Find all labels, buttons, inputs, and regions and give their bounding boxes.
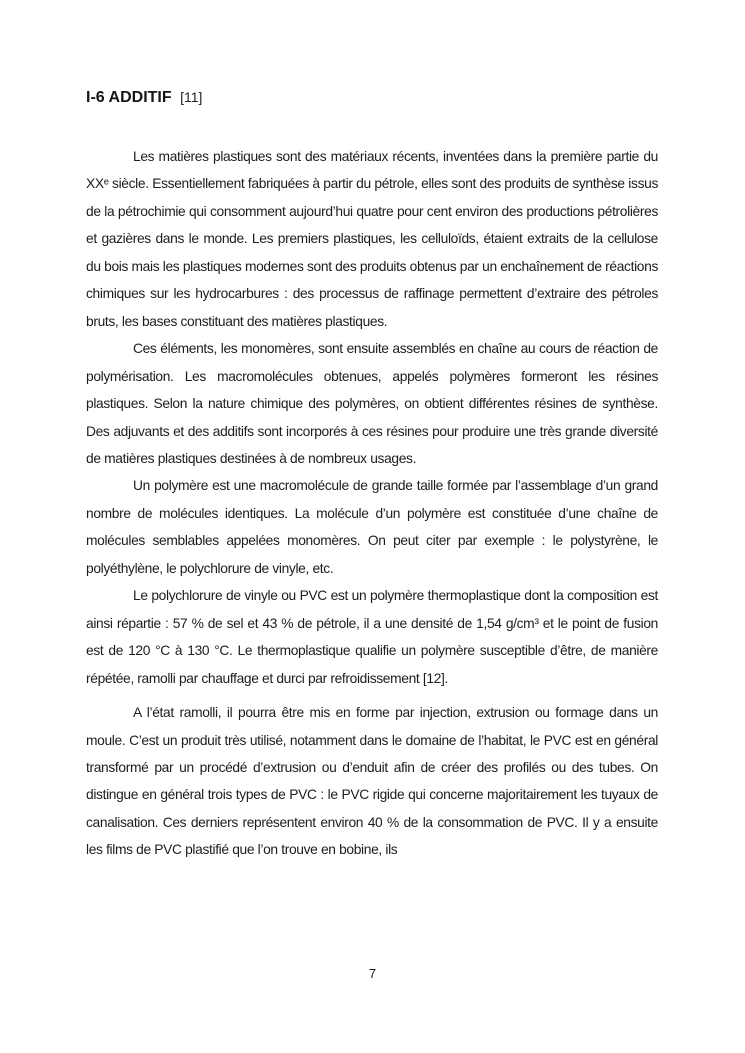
- paragraph-monomers-polymerisation: Ces éléments, les monomères, sont ensuit…: [86, 335, 658, 472]
- body-text-block: Les matières plastiques sont des matéria…: [86, 143, 658, 864]
- page-footer: 7: [0, 966, 745, 981]
- section-heading-title: I-6 ADDITIF: [86, 89, 172, 106]
- paragraph-pvc-composition: Le polychlorure de vinyle ou PVC est un …: [86, 582, 658, 692]
- paragraph-polymer-definition: Un polymère est une macromolécule de gra…: [86, 472, 658, 582]
- document-page: I-6 ADDITIF [11] Les matières plastiques…: [0, 0, 745, 1053]
- paragraph-plastics-origin: Les matières plastiques sont des matéria…: [86, 143, 658, 335]
- page-number: 7: [369, 966, 376, 981]
- citation-reference-11: [11]: [180, 89, 202, 105]
- section-heading: I-6 ADDITIF [11]: [86, 89, 202, 107]
- paragraph-pvc-uses: A l’état ramolli, il pourra être mis en …: [86, 699, 658, 864]
